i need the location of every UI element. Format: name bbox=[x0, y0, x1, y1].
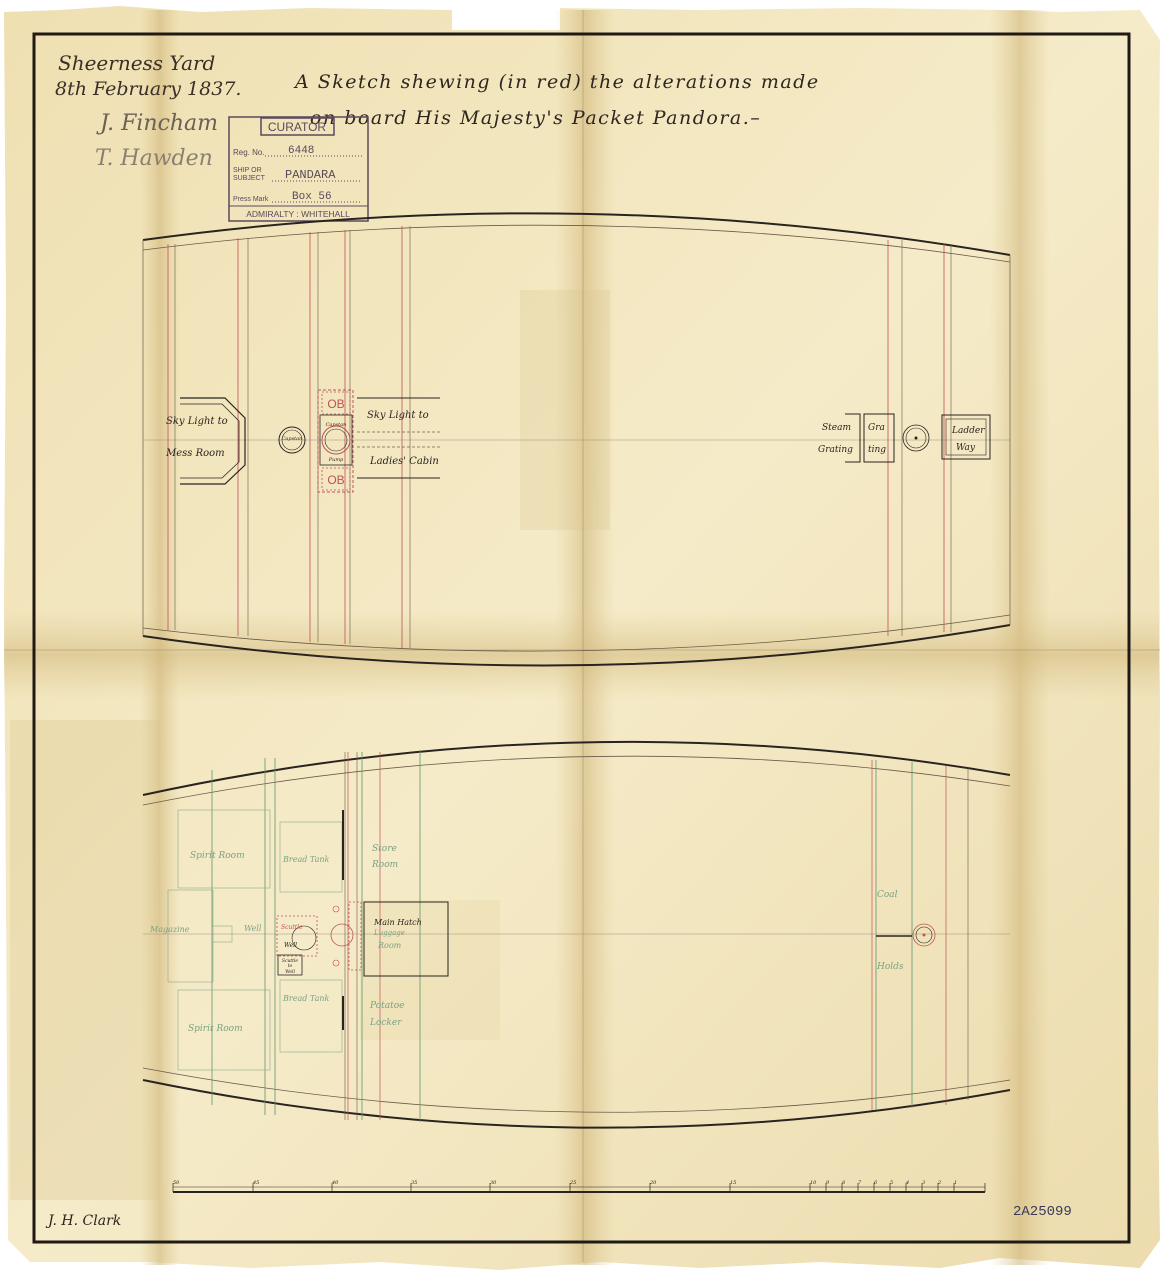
signature-hawden: T. Hawden bbox=[95, 146, 213, 171]
label-capstan-top: Capstan bbox=[326, 422, 347, 428]
label-main-hatch: Main Hatch bbox=[373, 918, 422, 927]
label-pump-bottom: Pump bbox=[328, 457, 344, 463]
scale-tick-45: 45 bbox=[252, 1180, 259, 1186]
label-skylight-ladies-2: Ladies' Cabin bbox=[369, 456, 439, 467]
label-magazine: Magazine bbox=[149, 925, 190, 934]
stamp-heading: CURATOR bbox=[268, 120, 327, 134]
scale-tick-1: 1 bbox=[954, 1180, 957, 1186]
scale-tick-10: 10 bbox=[810, 1180, 817, 1186]
label-store-2: Room bbox=[371, 860, 398, 870]
stamp-ship-value: PANDARA bbox=[285, 168, 336, 182]
svg-text:OB: OB bbox=[327, 397, 344, 411]
scale-tick-25: 25 bbox=[569, 1180, 576, 1186]
label-gra-2: ting bbox=[868, 445, 886, 455]
title-line-1: A Sketch shewing (in red) the alteration… bbox=[293, 71, 820, 93]
stamp-ship-label-1: SHIP OR bbox=[233, 167, 262, 174]
label-scuttle-1: Scuttle bbox=[281, 924, 303, 931]
stamp-press-value: Box 56 bbox=[292, 191, 332, 203]
stamp-reg-label: Reg. No. bbox=[233, 148, 265, 157]
catalogue-number: 2A25099 bbox=[1013, 1204, 1072, 1220]
stamp-footer: ADMIRALTY : WHITEHALL bbox=[246, 209, 350, 219]
stamp-press-label: Press Mark bbox=[233, 196, 269, 203]
label-well: Well bbox=[244, 924, 262, 933]
scale-tick-50: 50 bbox=[173, 1180, 180, 1186]
label-gra-1: Gra bbox=[868, 423, 885, 433]
stamp-reg-value: 6448 bbox=[288, 145, 314, 157]
label-skylight-ladies-1: Sky Light to bbox=[367, 410, 429, 421]
svg-text:OB: OB bbox=[327, 473, 344, 487]
label-bread-tank-bottom: Bread Tank bbox=[282, 994, 330, 1003]
label-steam-2: Grating bbox=[818, 445, 853, 455]
draughtsman-signature: J. H. Clark bbox=[45, 1213, 121, 1229]
well: Well bbox=[244, 924, 262, 933]
label-coal: Coal bbox=[877, 890, 898, 900]
scale-tick-40: 40 bbox=[331, 1180, 339, 1186]
label-bread-tank-top: Bread Tank bbox=[282, 855, 330, 864]
scale-tick-8: 8 bbox=[842, 1180, 845, 1186]
signature-fincham: J. Fincham bbox=[96, 111, 218, 136]
label-skylight-mess-2: Mess Room bbox=[165, 448, 225, 459]
label-capstan-small: Capstan bbox=[282, 436, 303, 442]
label-small-box-2: to bbox=[288, 963, 293, 969]
scale-tick-30: 30 bbox=[490, 1180, 497, 1186]
drawing-date: 8th February 1837. bbox=[55, 78, 241, 100]
label-spirit-room-top: Spirit Room bbox=[190, 851, 245, 861]
yard-name: Sheerness Yard bbox=[58, 51, 215, 75]
ship-plan-sheet: Sheerness Yard 8th February 1837. J. Fin… bbox=[0, 0, 1163, 1280]
label-potatoe-1: Potatoe bbox=[369, 1001, 404, 1011]
label-ladder-2: Way bbox=[956, 443, 976, 453]
scale-tick-20: 20 bbox=[649, 1180, 657, 1186]
scale-tick-4: 4 bbox=[905, 1180, 909, 1186]
scale-tick-2: 2 bbox=[937, 1180, 941, 1186]
scale-tick-15: 15 bbox=[730, 1180, 736, 1186]
label-skylight-mess-1: Sky Light to bbox=[166, 416, 228, 427]
label-ladder-1: Ladder bbox=[951, 426, 985, 436]
title-line-2: on board His Majesty's Packet Pandora.– bbox=[310, 107, 761, 129]
label-small-box-3: Well bbox=[285, 969, 295, 975]
label-holds: Holds bbox=[876, 962, 904, 972]
label-store-1: Store bbox=[372, 844, 397, 854]
scale-tick-3: 3 bbox=[922, 1180, 925, 1186]
label-luggage-room: Room bbox=[377, 941, 402, 950]
label-scuttle-2: Well bbox=[284, 942, 297, 949]
label-spirit-room-bottom: Spirit Room bbox=[188, 1024, 243, 1034]
label-potatoe-2: Locker bbox=[369, 1018, 402, 1028]
stamp-ship-label-2: SUBJECT bbox=[233, 175, 266, 182]
label-steam-1: Steam bbox=[822, 423, 851, 433]
label-luggage: Luggage bbox=[373, 929, 405, 937]
scale-tick-5: 5 bbox=[890, 1180, 893, 1186]
scale-tick-35: 35 bbox=[411, 1180, 417, 1186]
